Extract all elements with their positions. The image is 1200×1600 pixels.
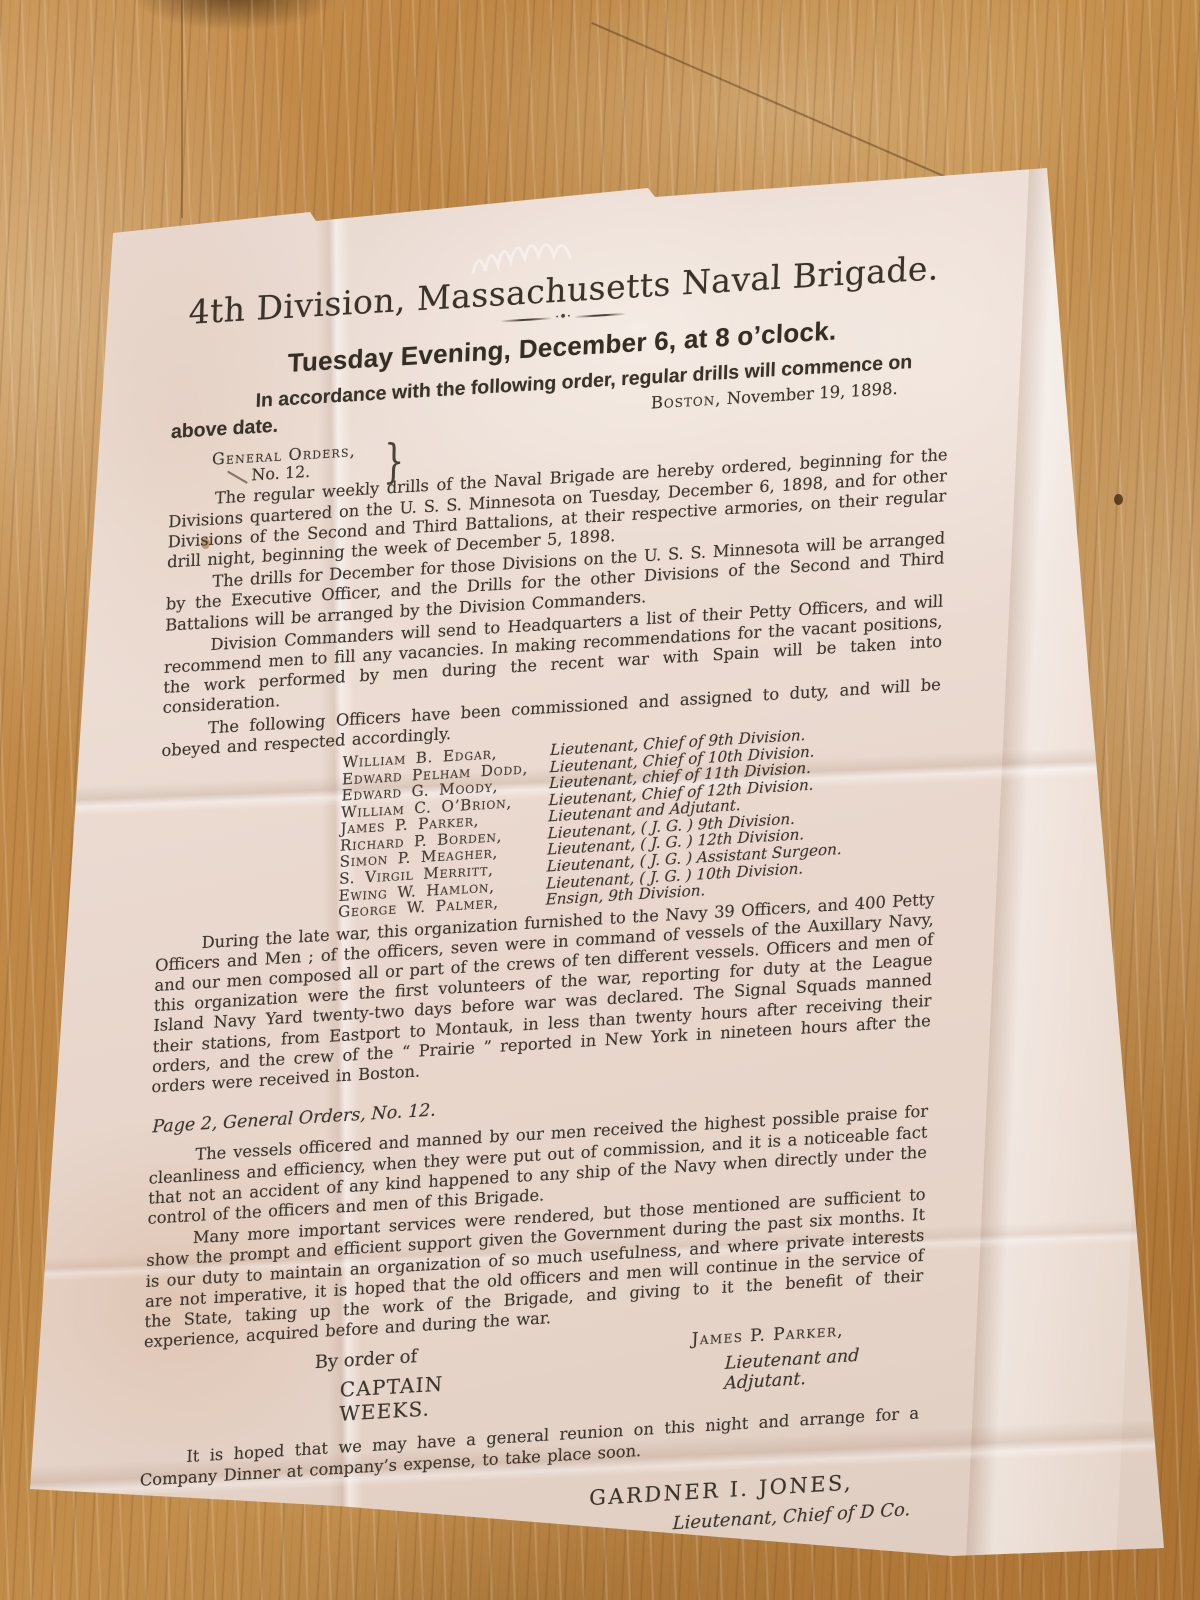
by-order-block: By order of CAPTAIN WEEKS. — [313, 1340, 520, 1427]
general-orders-label: General Orders, No. 12. } — [211, 437, 432, 487]
ornament-dots: ·•· — [552, 317, 574, 318]
orders-brace: } — [383, 434, 405, 488]
ornament-rule-right — [574, 313, 626, 318]
war-service-paragraph: During the late war, this organization f… — [151, 889, 934, 1097]
printed-order-paper: 4th Division, Massachusetts Naval Brigad… — [0, 0, 1200, 1600]
wood-knot-speck — [1114, 494, 1123, 505]
commissioned-officers-list: William B. Edgar, Lieutenant, Chief of 9… — [338, 719, 940, 921]
captain-name: CAPTAIN WEEKS. — [339, 1367, 520, 1426]
pen-check-mark — [227, 470, 248, 483]
ornament-rule-left — [500, 317, 552, 322]
plank-seam-vertical — [181, 0, 183, 218]
adjutant-block: James P. Parker, Lieutenant and Adjutant… — [690, 1316, 922, 1405]
adjutant-title: Lieutenant and Adjutant. — [724, 1342, 921, 1394]
document-content: 4th Division, Massachusetts Naval Brigad… — [137, 247, 953, 1565]
